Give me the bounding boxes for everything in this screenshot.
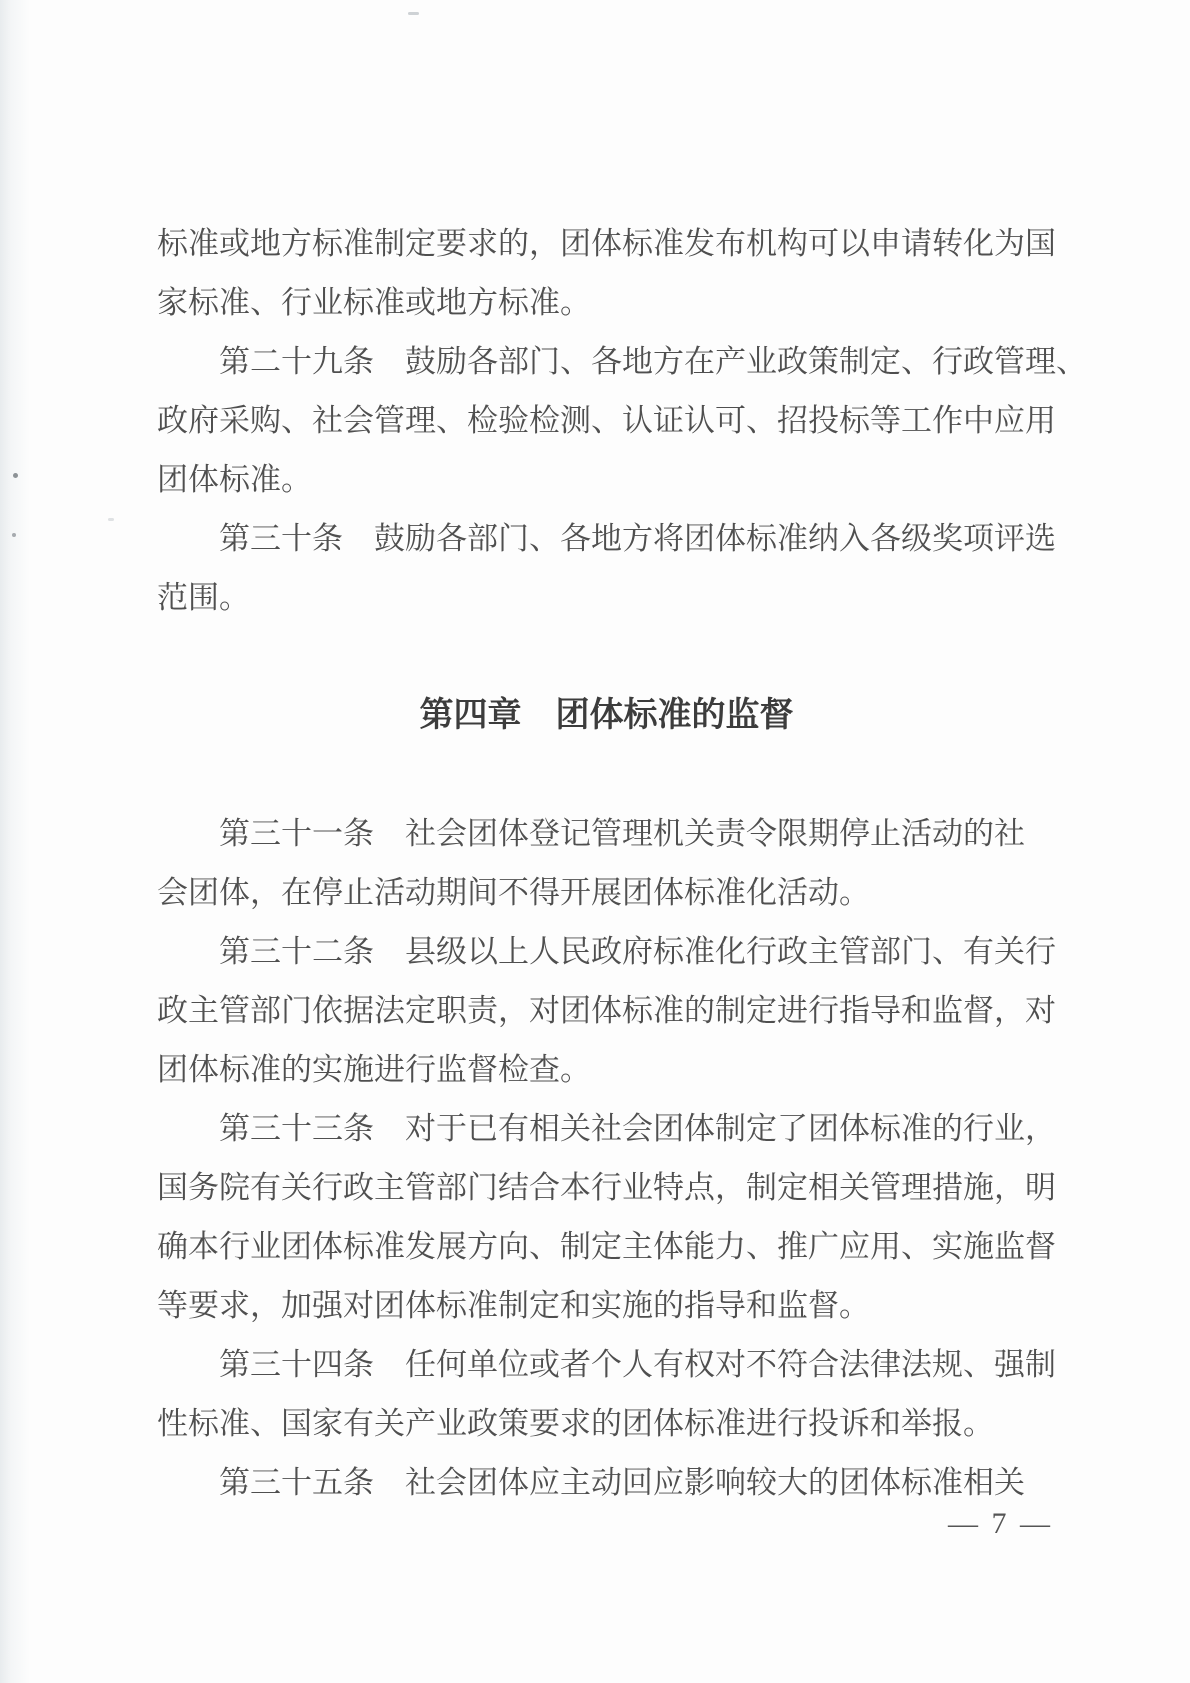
page-number: — 7 —	[948, 1494, 1053, 1553]
text-line: 第三十条 鼓励各部门、各地方将团体标准纳入各级奖项评选	[157, 509, 1056, 568]
text-line: 政主管部门依据法定职责，对团体标准的制定进行指导和监督，对	[157, 981, 1056, 1040]
document-body: 标准或地方标准制定要求的，团体标准发布机构可以申请转化为国家标准、行业标准或地方…	[157, 214, 1056, 1512]
scanned-document-page: 标准或地方标准制定要求的，团体标准发布机构可以申请转化为国家标准、行业标准或地方…	[0, 0, 1190, 1683]
chapter-heading: 第四章 团体标准的监督	[157, 686, 1056, 745]
text-line: 范围。	[157, 568, 1056, 627]
text-line: 国务院有关行政主管部门结合本行业特点，制定相关管理措施，明	[157, 1158, 1056, 1217]
scan-speck	[408, 12, 419, 15]
text-line: 第三十一条 社会团体登记管理机关责令限期停止活动的社	[157, 804, 1056, 863]
text-line: 第三十四条 任何单位或者个人有权对不符合法律法规、强制	[157, 1335, 1056, 1394]
text-line: 团体标准的实施进行监督检查。	[157, 1040, 1056, 1099]
text-line: 第二十九条 鼓励各部门、各地方在产业政策制定、行政管理、	[157, 332, 1056, 391]
text-line: 确本行业团体标准发展方向、制定主体能力、推广应用、实施监督	[157, 1217, 1056, 1276]
text-line: 第三十五条 社会团体应主动回应影响较大的团体标准相关	[157, 1453, 1056, 1512]
text-line: 团体标准。	[157, 450, 1056, 509]
scan-speck	[12, 533, 16, 537]
text-line: 政府采购、社会管理、检验检测、认证认可、招投标等工作中应用	[157, 391, 1056, 450]
text-line: 会团体，在停止活动期间不得开展团体标准化活动。	[157, 863, 1056, 922]
scan-speck	[108, 518, 114, 521]
text-line: 家标准、行业标准或地方标准。	[157, 273, 1056, 332]
text-line: 标准或地方标准制定要求的，团体标准发布机构可以申请转化为国	[157, 214, 1056, 273]
text-line: 性标准、国家有关产业政策要求的团体标准进行投诉和举报。	[157, 1394, 1056, 1453]
text-line: 第三十三条 对于已有相关社会团体制定了团体标准的行业，	[157, 1099, 1056, 1158]
scan-edge-artifact	[0, 0, 30, 1683]
text-line: 第三十二条 县级以上人民政府标准化行政主管部门、有关行	[157, 922, 1056, 981]
scan-speck	[13, 473, 18, 478]
text-line: 等要求，加强对团体标准制定和实施的指导和监督。	[157, 1276, 1056, 1335]
